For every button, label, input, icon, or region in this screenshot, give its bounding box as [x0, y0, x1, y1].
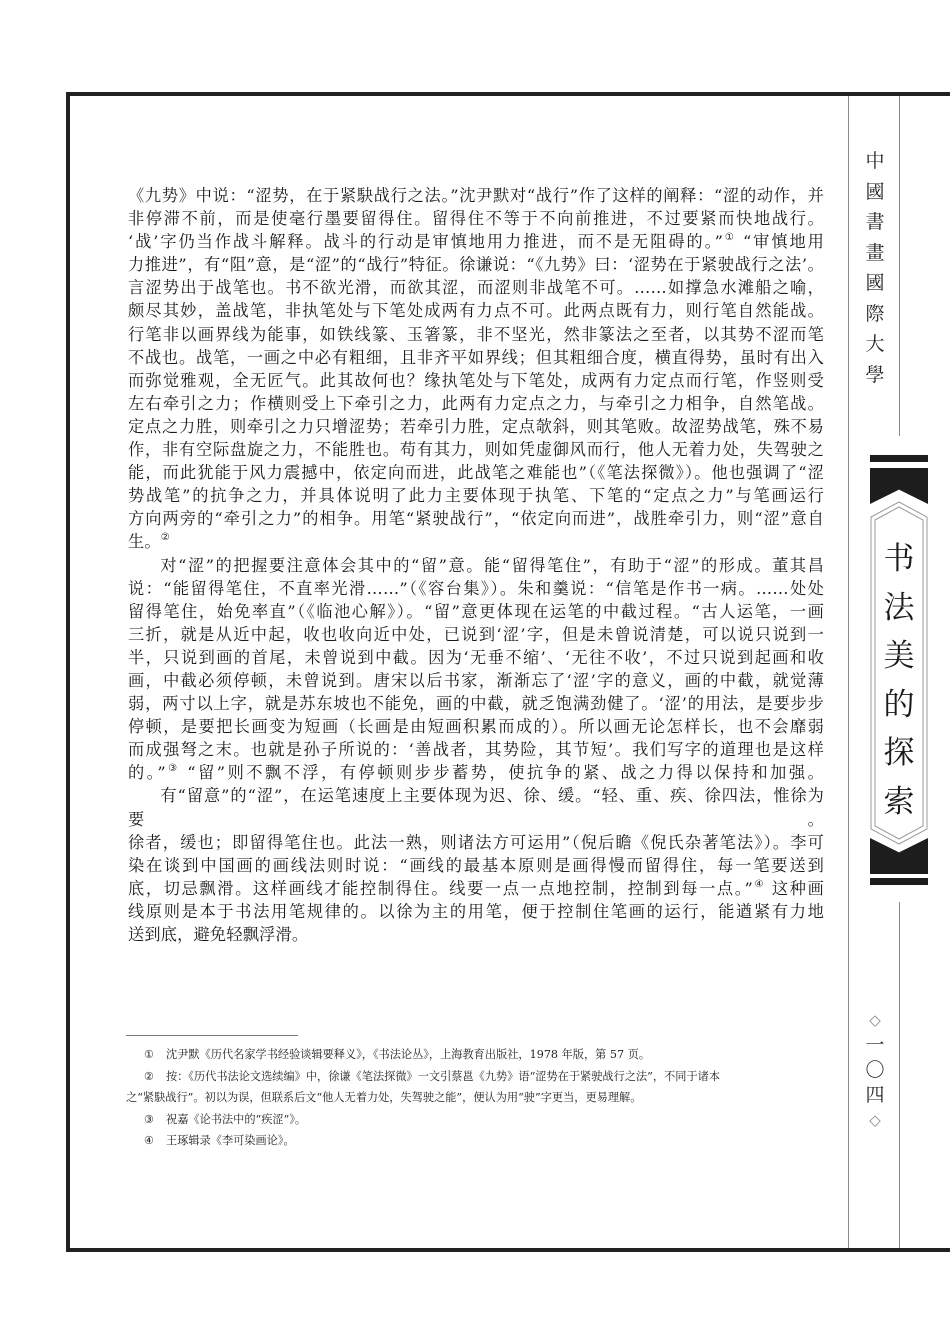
text-line: 停顿，是要把长画变为短画（长画是由短画积累而成的）。所以画无论怎样长，也不会靡弱: [128, 715, 824, 738]
text-line: 不战也。战笔，一画之中必有粗细，且非齐平如界线；但其粗细合度，横直得势，虽时有出…: [128, 346, 824, 369]
text-line: ‘战’字仍当作战斗解释。战斗的行动是审慎地用力推进，而不是无阻碍的。”① “审慎…: [128, 230, 824, 253]
series-title-char: 書: [862, 207, 888, 238]
text-line: 左右牵引之力；作横则受上下牵引之力，此两有力定点之力，与牵引之力相争，自然笔战。: [128, 392, 824, 415]
series-title-char: 畫: [862, 238, 888, 269]
footnote-item: ③祝嘉《论书法中的“疾涩”》。: [126, 1111, 826, 1130]
page-number-digit: 〇: [862, 1058, 888, 1083]
sidebar-inner-line-top: [899, 96, 900, 436]
page-number-digit: 一: [862, 1033, 888, 1058]
book-title-char: 的: [870, 681, 928, 730]
text-line: 而弥觉雅观，全无匠气。此其故何也？缘执笔处与下笔处，成两有力定点而行笔，作竖则受: [128, 369, 824, 392]
book-title-char: 索: [870, 778, 928, 827]
text-line: 生。②: [128, 530, 824, 553]
text-line: 势战笔”的抗争之力，并具体说明了此力主要体现于执笔、下笔的“定点之力”与笔画运行: [128, 484, 824, 507]
footnote-ref[interactable]: ①: [723, 232, 736, 243]
text-line: 线原则是本于书法用笔规律的。以徐为主的用笔，便于控制住笔画的运行，能遒紧有力地: [128, 900, 824, 923]
book-title-char: 书: [870, 535, 928, 584]
text-line: 徐者，缓也；即留得笔住也。此法一熟，则诸法方可运用”（倪后瞻《倪氏杂著笔法》）。…: [128, 831, 824, 854]
text-line: 方向两旁的“牵引之力”的相争。用笔“紧驶战行”，“依定向而进”，战胜牵引力，则“…: [128, 507, 824, 530]
footnote-item: ④王琢辑录《李可染画论》。: [126, 1132, 826, 1151]
text-line: 有“留意”的“涩”，在运笔速度上主要体现为迟、徐、缓。“轻、重、疾、徐四法，惟徐…: [128, 784, 824, 830]
page-frame-bottom-border: [66, 1248, 950, 1252]
text-line: 能，而此犹能于风力震撼中，依定向而进，此战笔之难能也”（《笔法探微》）。他也强调…: [128, 461, 824, 484]
page-number: ◇ 一 〇 四 ◇: [862, 1008, 888, 1133]
series-title-char: 中: [862, 146, 888, 177]
text-line: 三折，就是从近中起，收也收向近中处，已说到‘涩’字，但是未曾说清楚，可以说只说到…: [128, 623, 824, 646]
banner-top-bar-ornament: [870, 455, 928, 462]
footnote-separator: [126, 1035, 298, 1036]
body-text: 《九势》中说：“涩势，在于紧駃战行之法。”沈尹默对“战行”作了这样的阐释：“涩的…: [128, 184, 824, 946]
book-title-char: 法: [870, 584, 928, 633]
text-line: 染在谈到中国画的画线法则时说：“画线的最基本原则是画得慢而留得住，每一笔要送到: [128, 854, 824, 877]
text-line: 画，中截必须停顿，未曾说到。唐宋以后书家，渐渐忘了‘涩’字的意义，画的中截，就觉…: [128, 669, 824, 692]
diamond-ornament-icon: ◇: [862, 1108, 888, 1133]
footnote-item-continuation: 之“紧駃战行”。初以为误，但联系后文“他人无着力处，失驾驶之能”，便认为用“驶”…: [126, 1089, 826, 1108]
text-line: 《九势》中说：“涩势，在于紧駃战行之法。”沈尹默对“战行”作了这样的阐释：“涩的…: [128, 184, 824, 207]
text-line: 半，只说到画的首尾，未曾说到中截。因为‘无垂不缩’、‘无往不收’，不过只说到起画…: [128, 646, 824, 669]
sidebar-divider-line: [848, 96, 849, 1248]
book-title-char: 探: [870, 729, 928, 778]
text-line: 非停滞不前，而是使毫行墨要留得住。留得住不等于不向前推进，不过要紧而快地战行。: [128, 207, 824, 230]
text-line: 定点之力胜，则牵引之力只增涩势；若牵引力胜，定点欹斜，则其笔败。故涩势战笔，殊不…: [128, 415, 824, 438]
footnote-ref[interactable]: ③: [166, 763, 180, 774]
text-line: 而成强弩之末。也就是孙子所说的：‘善战者，其势险，其节短’。我们写字的道理也是这…: [128, 738, 824, 761]
book-title-vertical: 书 法 美 的 探 索: [870, 535, 928, 826]
book-title-char: 美: [870, 632, 928, 681]
footnotes: ①沈尹默《历代名家学书经验谈辑要释义》，《书法论丛》，上海教育出版社，1978 …: [126, 1046, 826, 1154]
text-line: 行笔非以画界线为能事，如铁线篆、玉箸篆，非不坚光，然非篆法之至者，以其势不涩而笔: [128, 323, 824, 346]
footnote-ref[interactable]: ④: [753, 879, 765, 890]
text-line: 颇尽其妙，盖战笔，非执笔处与下笔处成两有力点不可。此两点既有力，则行笔自然能战。: [128, 299, 824, 322]
page-number-digit: 四: [862, 1083, 888, 1108]
footnote-ref[interactable]: ②: [161, 532, 170, 543]
series-title-char: 國: [862, 177, 888, 208]
series-title-vertical: 中 國 書 畫 國 際 大 學: [862, 146, 888, 390]
text-line: 留得笔住，始免率直”（《临池心解》）。“留”意更体现在运笔的中截过程。“古人运笔…: [128, 600, 824, 623]
text-line: 力推进”，有“阻”意，是“涩”的“战行”特征。徐谦说：“《九势》曰：‘涩势在于紧…: [128, 253, 824, 276]
book-title-cartouche: 书 法 美 的 探 索: [870, 495, 928, 851]
banner-bottom-bar-ornament: [870, 878, 928, 885]
page-frame-top-border: [66, 92, 950, 96]
series-title-char: 際: [862, 299, 888, 330]
text-line: 言涩势出于战笔也。书不欲光滑，而欲其涩，而涩则非战笔不可。……如撑急水滩船之喻，: [128, 276, 824, 299]
sidebar-inner-line-bottom: [899, 902, 900, 1248]
footnote-item: ②按：《历代书法论文选续编》中，徐谦《笔法探微》一文引蔡邕《九势》语“涩势在于紧…: [126, 1068, 826, 1087]
series-title-char: 學: [862, 360, 888, 391]
text-line: 底，切忌飘滑。这样画线才能控制得住。线要一点一点地控制，控制到每一点。”④ 这种…: [128, 877, 824, 900]
series-title-char: 國: [862, 268, 888, 299]
text-line: 送到底，避免轻飘浮滑。: [128, 923, 824, 946]
text-line: 作，非有空际盘旋之力，不能胜也。苟有其力，则如凭虚御风而行，他人无着力处，失驾驶…: [128, 438, 824, 461]
page-frame-left-border: [66, 92, 70, 1252]
series-title-char: 大: [862, 329, 888, 360]
text-line: 说：“能留得笔住，不直率光滑……”（《容台集》）。朱和羹说：“信笔是作书一病。……: [128, 577, 824, 600]
text-line: 弱，两寸以上字，就是苏东坡也不能免，画的中截，就乏饱满劲健了。‘涩’的用法，是要…: [128, 692, 824, 715]
diamond-ornament-icon: ◇: [862, 1008, 888, 1033]
text-line: 对“涩”的把握要注意体会其中的“留”意。能“留得笔住”，有助于“涩”的形成。董其…: [128, 554, 824, 577]
footnote-item: ①沈尹默《历代名家学书经验谈辑要释义》，《书法论丛》，上海教育出版社，1978 …: [126, 1046, 826, 1065]
text-line: 的。”③ “留”则不飘不浮，有停顿则步步蓄势，使抗争的紧、战之力得以保持和加强。: [128, 761, 824, 784]
